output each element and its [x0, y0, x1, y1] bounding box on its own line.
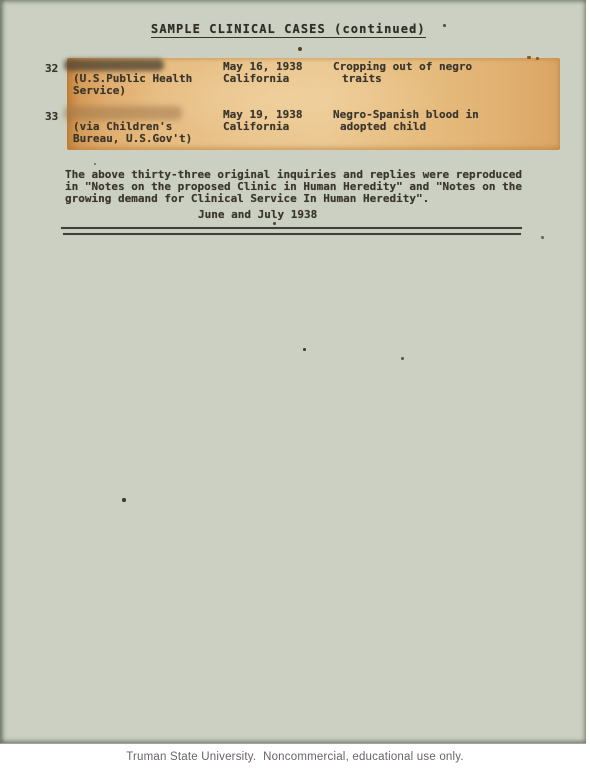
case-place: California [223, 73, 289, 85]
paper-speck [527, 56, 531, 59]
case-source-line: Bureau, U.S.Gov't) [73, 133, 192, 145]
paper-speck [122, 498, 126, 502]
redaction-smudge [64, 106, 182, 120]
paper-speck [94, 163, 96, 165]
scanned-document-view: SAMPLE CLINICAL CASES (continued) 32 May… [0, 0, 590, 772]
case-source-line: Service) [73, 85, 126, 97]
paper-speck [303, 348, 306, 351]
page-title: SAMPLE CLINICAL CASES (continued) [151, 22, 426, 38]
publication-date-line: June and July 1938 [198, 209, 317, 221]
double-rule-bottom [63, 233, 521, 235]
paper-speck [273, 222, 276, 225]
paper-speck [443, 24, 446, 27]
closing-paragraph-line: growing demand for Clinical Service In H… [65, 193, 429, 205]
case-subject-line: traits [342, 73, 382, 85]
case-place: California [223, 121, 289, 133]
case-subject-line: adopted child [340, 121, 426, 133]
paper-speck [536, 57, 539, 60]
case-number: 32 [45, 63, 58, 75]
paper-speck [411, 26, 414, 29]
paper-speck [401, 357, 404, 360]
redaction-smudge [64, 59, 164, 71]
paper-speck [298, 47, 302, 51]
case-number: 33 [45, 111, 58, 123]
scanned-paper: SAMPLE CLINICAL CASES (continued) 32 May… [0, 0, 586, 744]
double-rule-top [61, 227, 522, 229]
paper-speck [541, 236, 544, 239]
footer-band: Truman State University. Noncommercial, … [0, 744, 590, 772]
footer-credit: Truman State University. Noncommercial, … [126, 751, 464, 763]
